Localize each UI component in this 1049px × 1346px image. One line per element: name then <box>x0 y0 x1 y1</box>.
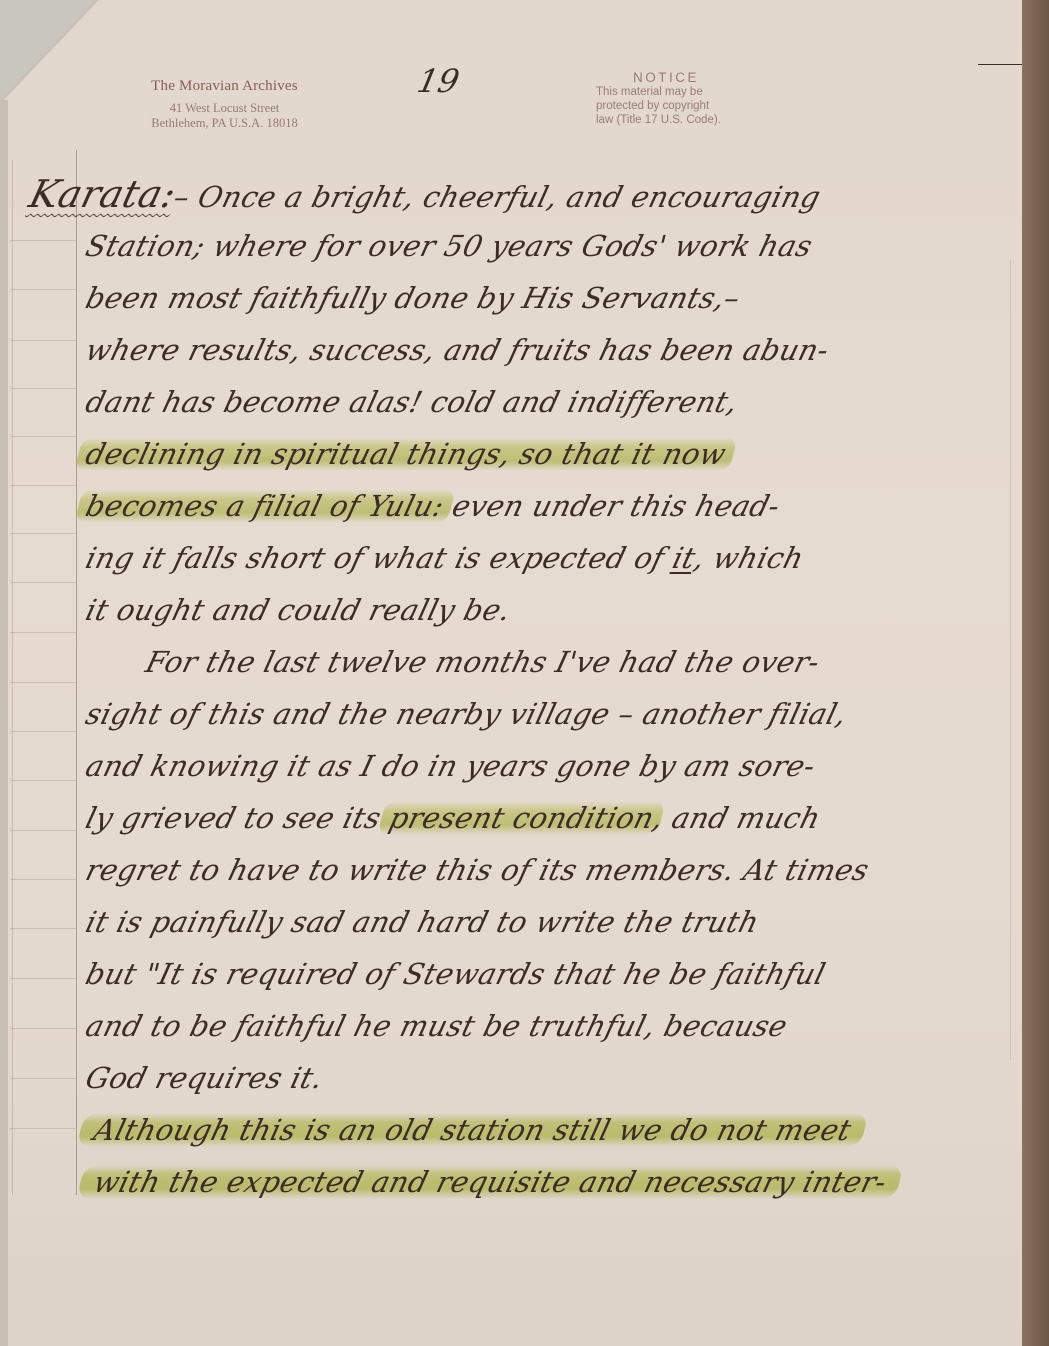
highlighted-text: becomes a filial of Yulu: <box>74 489 455 523</box>
text-line: regret to have to write this of its memb… <box>80 844 1033 896</box>
text-line: ing it falls short of what is expected o… <box>80 532 1033 584</box>
ledger-rule <box>10 731 76 732</box>
text-line: with the expected and requisite and nece… <box>88 1156 1033 1208</box>
ledger-rule <box>10 830 76 831</box>
text-line: where results, success, and fruits has b… <box>80 324 1033 376</box>
line-text: but "It is required of Stewards that he … <box>82 957 829 991</box>
text-line: becomes a filial of Yulu: even under thi… <box>80 480 1033 532</box>
line-text: and to be faithful he must be truthful, … <box>82 1009 791 1043</box>
line-text: been most faithfully done by His Servant… <box>82 281 743 315</box>
ledger-rule <box>10 582 76 583</box>
archive-name: The Moravian Archives <box>112 78 337 95</box>
text-line: Karata:– Once a bright, cheerful, and en… <box>24 168 1033 220</box>
line-text: and knowing it as I do in years gone by … <box>82 749 819 783</box>
archive-address-street: 41 West Locust Street <box>112 101 337 116</box>
folded-corner <box>0 0 95 100</box>
margin-rule-outer <box>12 160 13 1195</box>
line-text: even under this head- <box>439 489 783 523</box>
ledger-rule <box>10 533 76 534</box>
text-line: it is painfully sad and hard to write th… <box>80 896 1033 948</box>
margin-rule <box>76 150 77 1195</box>
ledger-rule <box>10 978 76 979</box>
highlighted-text: declining in spiritual things, so that i… <box>74 437 737 471</box>
line-text: it is painfully sad and hard to write th… <box>82 905 762 939</box>
ledger-rule <box>10 1128 76 1129</box>
text-line: For the last twelve months I've had the … <box>80 636 1033 688</box>
line-text: , and much <box>649 801 824 835</box>
text-line: Station; where for over 50 years Gods' w… <box>80 220 1033 272</box>
text-line: and knowing it as I do in years gone by … <box>80 740 1033 792</box>
ledger-rule <box>10 485 76 486</box>
line-text: , which <box>691 541 808 575</box>
line-text: – Once a bright, cheerful, and encouragi… <box>170 180 824 214</box>
highlighted-text: present condition <box>378 801 666 835</box>
highlighted-text: with the expected and requisite and nece… <box>76 1165 904 1199</box>
left-margin-edge <box>0 100 8 1346</box>
ledger-rule <box>10 632 76 633</box>
line-text: For the last twelve months I've had the … <box>142 645 823 679</box>
ledger-rule <box>10 240 76 241</box>
text-line: ly grieved to see its present condition,… <box>80 792 1033 844</box>
ledger-rule <box>10 879 76 880</box>
text-line: dant has become alas! cold and indiffere… <box>80 376 1033 428</box>
text-line: declining in spiritual things, so that i… <box>80 428 1033 480</box>
ledger-rule <box>10 1078 76 1079</box>
line-text: Station; where for over 50 years Gods' w… <box>82 229 816 263</box>
text-line: sight of this and the nearby village – a… <box>80 688 1033 740</box>
ledger-rule <box>10 289 76 290</box>
line-text: it ought and could really be. <box>82 593 514 627</box>
ledger-rule <box>10 388 76 389</box>
text-line: it ought and could really be. <box>80 584 1033 636</box>
line-text: ing it falls short of what is expected o… <box>82 541 677 575</box>
page-number: 19 <box>414 62 463 100</box>
highlighted-text: Although this is an old station still we… <box>76 1113 869 1147</box>
station-heading: Karata: <box>25 172 181 216</box>
line-text: God requires it. <box>82 1061 327 1095</box>
notice-line: This material may be <box>596 85 762 99</box>
pencil-mark <box>978 64 1022 65</box>
document-page: The Moravian Archives 41 West Locust Str… <box>0 0 1022 1346</box>
text-line: but "It is required of Stewards that he … <box>80 948 1033 1000</box>
notice-line: protected by copyright <box>596 99 762 113</box>
line-text: regret to have to write this of its memb… <box>82 853 872 887</box>
text-line: Although this is an old station still we… <box>88 1104 1033 1156</box>
copyright-notice-stamp: NOTICE This material may be protected by… <box>592 70 762 127</box>
notice-title: NOTICE <box>570 70 762 85</box>
line-text: ly grieved to see its <box>82 801 394 835</box>
ledger-rule <box>10 340 76 341</box>
line-text: sight of this and the nearby village – a… <box>82 697 850 731</box>
text-line: been most faithfully done by His Servant… <box>80 272 1033 324</box>
text-line: and to be faithful he must be truthful, … <box>80 1000 1033 1052</box>
line-text: dant has become alas! cold and indiffere… <box>82 385 741 419</box>
ledger-rule <box>10 682 76 683</box>
ledger-rule <box>10 928 76 929</box>
ledger-rule <box>10 436 76 437</box>
line-text: where results, success, and fruits has b… <box>82 333 832 367</box>
ledger-rule <box>10 1028 76 1029</box>
text-line: God requires it. <box>80 1052 1033 1104</box>
background-surface <box>1022 0 1049 1346</box>
ledger-rule <box>10 780 76 781</box>
archive-stamp: The Moravian Archives 41 West Locust Str… <box>112 78 337 131</box>
archive-address-city: Bethlehem, PA U.S.A. 18018 <box>112 116 337 131</box>
notice-line: law (Title 17 U.S. Code). <box>596 113 762 127</box>
handwritten-body: Karata:– Once a bright, cheerful, and en… <box>80 168 1020 1208</box>
